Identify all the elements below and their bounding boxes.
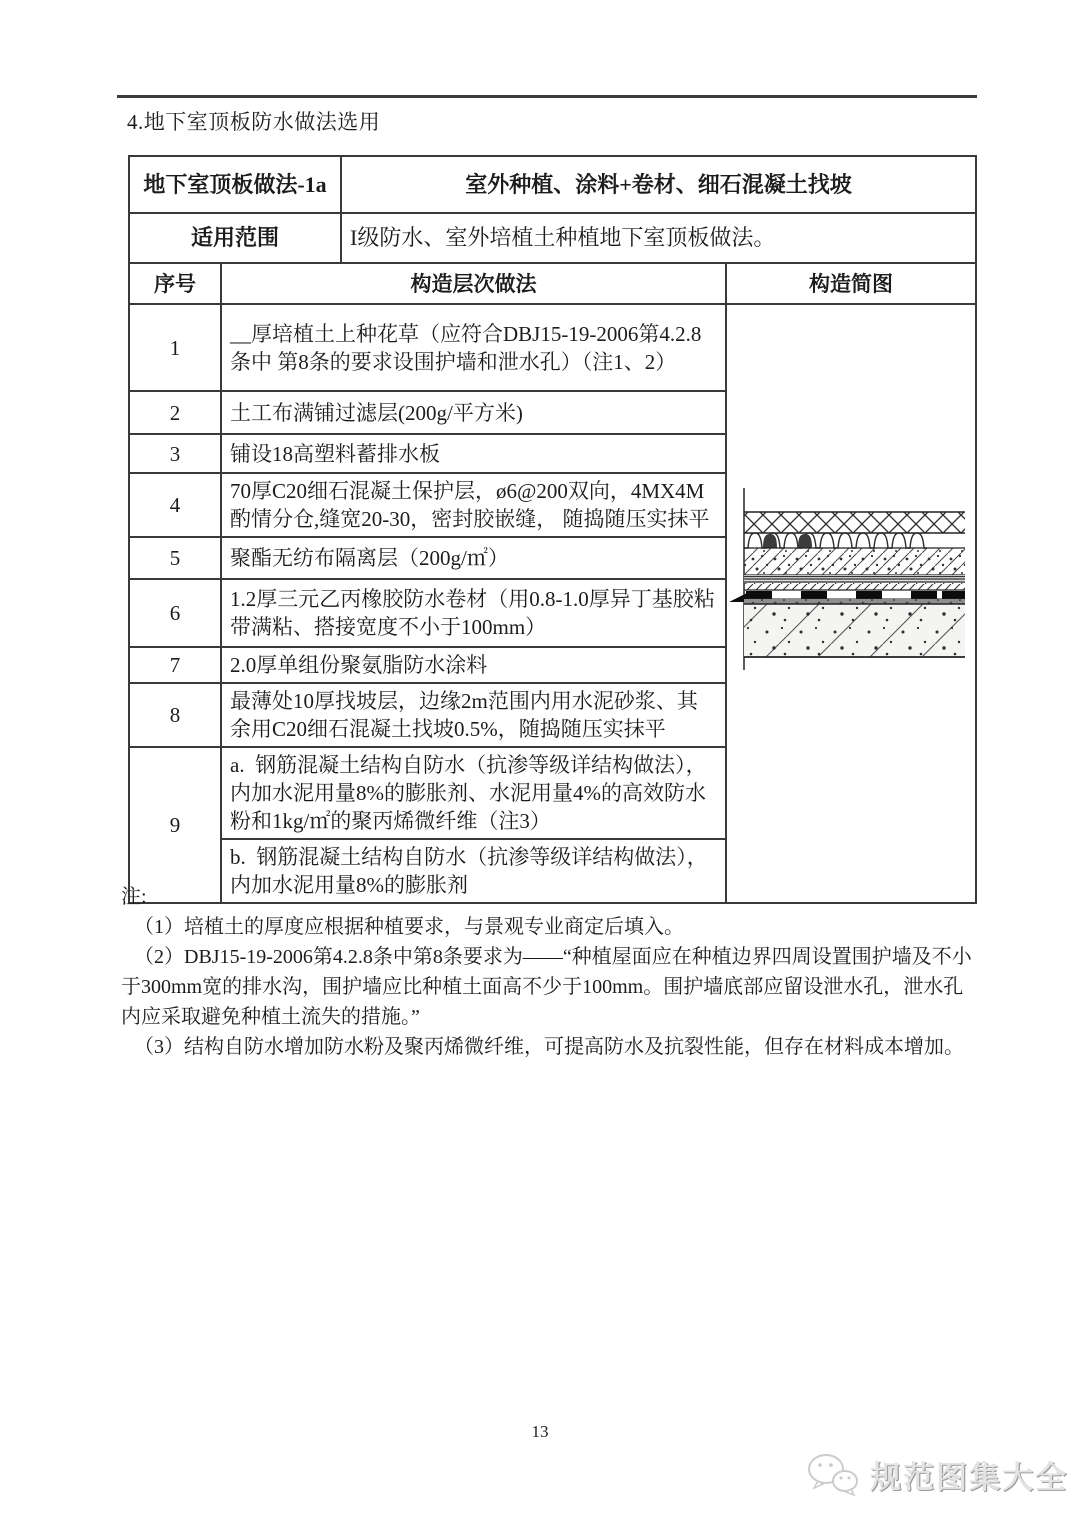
column-header-construction: 构造层次做法: [221, 263, 726, 304]
row-number: 4: [129, 473, 221, 537]
notes-label: 注:: [121, 882, 983, 912]
row-number: 5: [129, 537, 221, 579]
row-text-content: a. 钢筋混凝土结构自防水（抗渗等级详结构做法），内加水泥用量8%的膨胀剂、水泥…: [230, 753, 707, 833]
method-label: 地下室顶板做法-1a: [129, 156, 341, 213]
row-number: 1: [129, 304, 221, 391]
scope-value: I级防水、室外培植土种植地下室顶板做法。: [341, 213, 976, 263]
watermark: 规范图集大全: [804, 1446, 1068, 1502]
column-header-no: 序号: [129, 263, 221, 304]
row-text: 铺设18高塑料蓄排水板: [221, 434, 726, 473]
scope-label: 适用范围: [129, 213, 341, 263]
row-text: 2.0厚单组份聚氨脂防水涂料: [221, 647, 726, 683]
note-item: （3）结构自防水增加防水粉及聚丙烯微纤维，可提高防水及抗裂性能，但存在材料成本增…: [121, 1032, 983, 1062]
row-text: 70厚C20细石混凝土保护层，ø6@200双向，4MX4M酌情分仓,缝宽20-3…: [221, 473, 726, 537]
method-title: 室外种植、涂料+卷材、细石混凝土找坡: [341, 156, 976, 213]
row-text-content: 最薄处10厚找坡层，边缘2m范围内用水泥砂浆、其余用C20细石混凝土找坡0.5%…: [230, 689, 698, 741]
construction-diagram: [727, 488, 967, 674]
column-header-diagram: 构造简图: [726, 263, 976, 304]
note-item: （2）DBJ15-19-2006第4.2.8条中第8条要求为——“种植屋面应在种…: [121, 942, 983, 1032]
row-text: 1.2厚三元乙丙橡胶防水卷材（用0.8-1.0厚异丁基胶粘带满粘、搭接宽度不小于…: [221, 579, 726, 647]
row-text: __厚培植土上种花草（应符合DBJ15-19-2006第4.2.8条中 第8条的…: [221, 304, 726, 391]
row-text-content: 聚酯无纺布隔离层（200g/㎡）: [230, 546, 509, 570]
row-text-content: 2.0厚单组份聚氨脂防水涂料: [230, 653, 487, 677]
table-row: 适用范围 I级防水、室外培植土种植地下室顶板做法。: [129, 213, 976, 263]
row-text-content: 土工布满铺过滤层(200g/平方米): [230, 401, 523, 425]
row-text-content: __厚培植土上种花草（应符合DBJ15-19-2006第4.2.8条中 第8条的…: [230, 322, 701, 374]
table-header-row: 序号 构造层次做法 构造简图: [129, 263, 976, 304]
page-title: 4.地下室顶板防水做法选用: [127, 106, 380, 136]
row-text-content: 1.2厚三元乙丙橡胶防水卷材（用0.8-1.0厚异丁基胶粘带满粘、搭接宽度不小于…: [230, 587, 715, 639]
row-text: 土工布满铺过滤层(200g/平方米): [221, 391, 726, 434]
watermark-text: 规范图集大全: [870, 1452, 1068, 1497]
table-row: 1 __厚培植土上种花草（应符合DBJ15-19-2006第4.2.8条中 第8…: [129, 304, 976, 391]
table-row: 地下室顶板做法-1a 室外种植、涂料+卷材、细石混凝土找坡: [129, 156, 976, 213]
row-number: 6: [129, 579, 221, 647]
header-rule: [117, 95, 977, 98]
diagram-cell: [726, 304, 976, 903]
row-text-a: a. 钢筋混凝土结构自防水（抗渗等级详结构做法），内加水泥用量8%的膨胀剂、水泥…: [221, 747, 726, 839]
notes: 注: （1）培植土的厚度应根据种植要求，与景观专业商定后填入。 （2）DBJ15…: [121, 882, 983, 1062]
construction-table: 地下室顶板做法-1a 室外种植、涂料+卷材、细石混凝土找坡 适用范围 I级防水、…: [128, 155, 977, 904]
row-number: 8: [129, 683, 221, 747]
row-number: 7: [129, 647, 221, 683]
wechat-icon: [804, 1450, 862, 1498]
row-number: 2: [129, 391, 221, 434]
row-text-content: 铺设18高塑料蓄排水板: [230, 442, 440, 466]
row-text: 聚酯无纺布隔离层（200g/㎡）: [221, 537, 726, 579]
row-text-content: 70厚C20细石混凝土保护层，ø6@200双向，4MX4M酌情分仓,缝宽20-3…: [230, 479, 710, 531]
row-number: 3: [129, 434, 221, 473]
row-text: 最薄处10厚找坡层，边缘2m范围内用水泥砂浆、其余用C20细石混凝土找坡0.5%…: [221, 683, 726, 747]
page-number: 13: [0, 1422, 1080, 1442]
row-number: 9: [129, 747, 221, 903]
document-page: { "page": { "title": "4.地下室顶板防水做法选用", "p…: [0, 0, 1080, 1527]
note-item: （1）培植土的厚度应根据种植要求，与景观专业商定后填入。: [121, 912, 983, 942]
